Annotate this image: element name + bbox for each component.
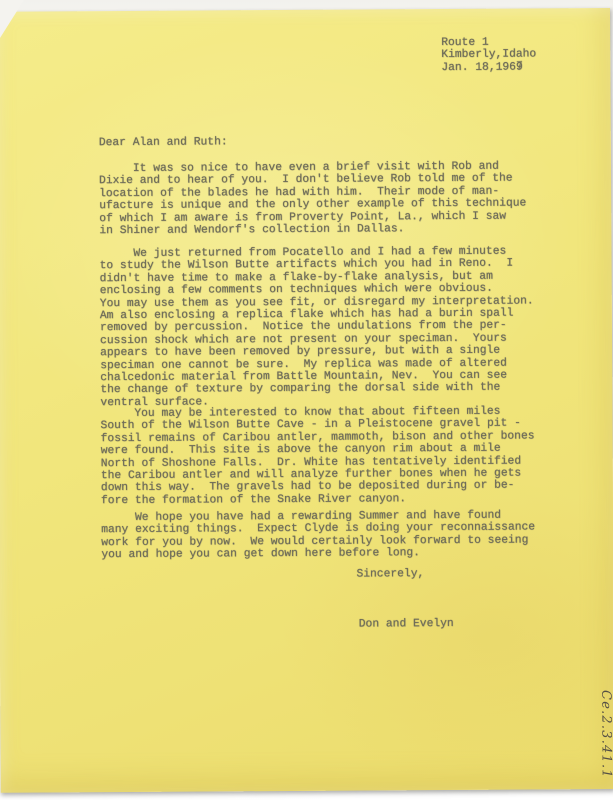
salutation: Dear Alan and Ruth: [99,136,228,149]
letter-paper: Route 1Kimberly,IdahoJan. 18,19697 Dear … [0,8,613,793]
catalog-annotation: Ce.2.3.41.1 [598,690,613,779]
return-address-route: Route 1 [441,37,489,49]
letter-paragraph-3: You may be interested to know that about… [100,405,534,507]
backdrop-corner-wedge [0,0,24,38]
letter-date: Jan. 18,19697 [441,61,522,73]
letter-paragraph-1: It was so nice to have even a brief visi… [99,161,527,238]
letter-paragraph-4: We hope you have had a rewarding Summer … [101,509,535,561]
signature: Don and Evelyn [359,618,454,631]
letter-date-prefix: Jan. 18,196 [441,61,516,73]
closing: Sincerely, [356,568,424,581]
letter-scan: Route 1Kimberly,IdahoJan. 18,19697 Dear … [0,0,613,800]
return-address-block: Route 1Kimberly,IdahoJan. 18,19697 [441,36,536,74]
letter-date-overstruck-digit: 7 [516,61,524,74]
letter-date-overstrike: 97 [516,61,523,73]
letter-paragraph-2: We just returned from Pocatello and I ha… [99,245,534,409]
